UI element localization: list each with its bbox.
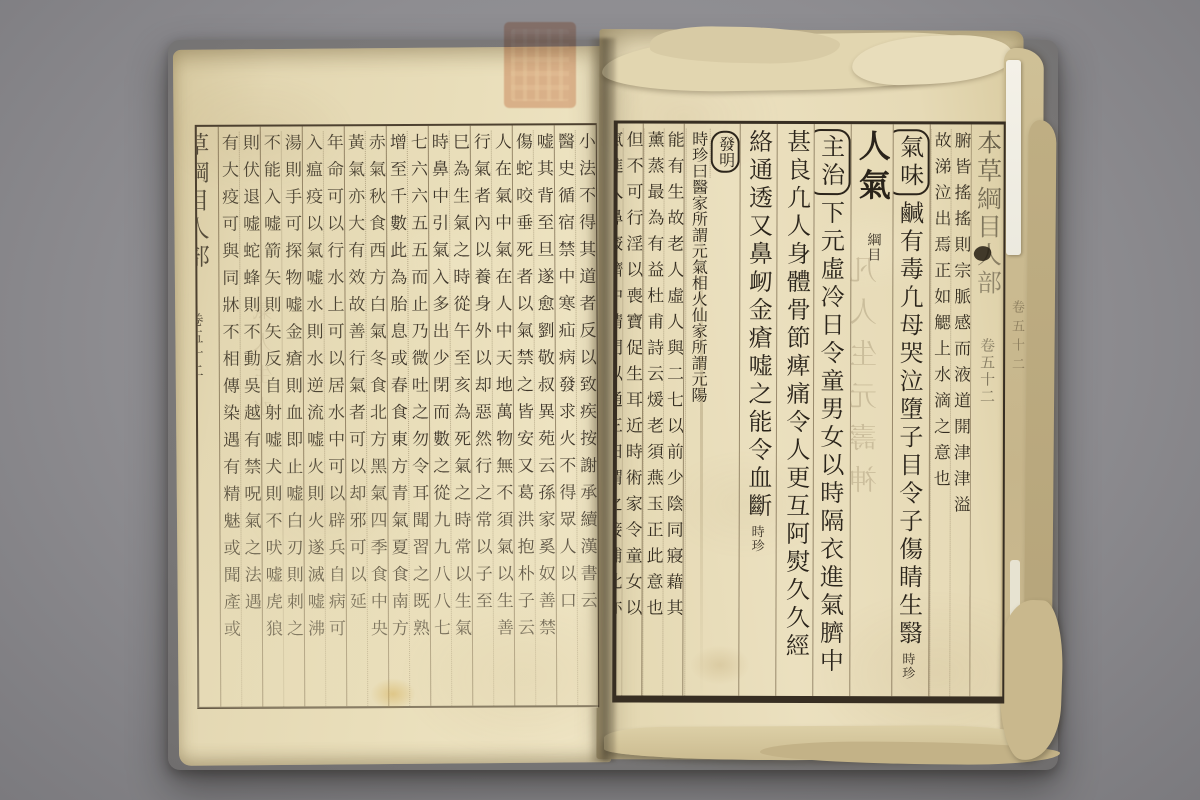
- entry-source: 綱目: [862, 232, 882, 262]
- sub-column: 行氣者內以養身外以却惡然行之常以子至: [470, 131, 494, 706]
- annotation-column: 七六六五五而止乃微吐之勿令耳聞習之既熟 增至千數此為胎息或春食東方青氣夏食南方: [386, 126, 431, 706]
- sub-column: 有大疫可與同牀不相傳染遇有精魅或聞產或: [218, 132, 242, 707]
- annotation-column: 小法不得其道者反以致疾按謝承續漢書云 醫史循宿禁中寒疝病發求火不得眾人以口: [554, 125, 599, 705]
- section-marker-qiwei: 氣味: [891, 129, 929, 195]
- sub-column: 湯則手可探物嘘金瘡則血即止嘘白刃則刺之: [281, 131, 305, 706]
- sub-column: 七六六五五而止乃微吐之勿令耳聞習之既熟: [407, 131, 431, 706]
- text-column: 絡通透又鼻衂金瘡嘘之能令血斷時珍: [738, 124, 776, 696]
- sub-column: 時珍曰醫家所謂元氣相火仙家所謂元陽: [684, 129, 709, 696]
- paper-slip: [1006, 60, 1021, 255]
- zhuzhi-column: 主治下元虛冷日令童男女以時隔衣進氣臍中: [812, 124, 850, 696]
- sub-column: 能有生故老人虛人與二七以前少陰同寢藉其: [662, 129, 683, 696]
- annotation-column: 則伏退嘘蛇蜂則不動吳越有禁呪氣之法遇 有大疫可與同牀不相傳染遇有精魅或聞產或: [218, 127, 263, 707]
- age-stain: [690, 645, 750, 685]
- book-photograph: 卷五十二 本草綱目人部 卷五十二 腑皆搖搖則宗脈感而液道開津津溢 故涕泣出焉正如…: [0, 0, 1200, 800]
- fold-title-main: 草綱目人部: [197, 132, 208, 272]
- qiwei-column: 氣味鹹有毒凢母哭泣墮子目令子傷睛生翳時珍: [891, 124, 929, 696]
- sub-column: 入瘟疫以氣嘘水則水逆流嘘火則火遂滅嘘沸: [302, 131, 326, 706]
- right-page-columns: 本草綱目人部 卷五十二 腑皆搖搖則宗脈感而液道開津津溢 故涕泣出焉正如䚡上水滴之…: [616, 123, 1003, 696]
- book-title-text: 本草綱目人部: [973, 129, 1000, 297]
- attribution-shizhen: 時珍: [891, 652, 926, 680]
- column-text: 鹹有毒凢母哭泣墮子目令子傷睛生翳: [894, 200, 921, 648]
- text-column: 甚良凢人身體骨節痺痛令人更互阿熨久久經: [775, 124, 813, 696]
- column-text: 下元虛冷日令童男女以時隔衣進氣臍中: [815, 200, 842, 676]
- sub-column: 醫史循宿禁中寒疝病發求火不得眾人以口: [554, 130, 578, 705]
- annotation-column: 人在氣中氣在人中天地萬物無不須氣以生善 行氣者內以養身外以却惡然行之常以子至: [470, 125, 515, 705]
- section-marker-zhuzhi: 主治: [812, 129, 850, 195]
- fold-edge-title-column: 草綱目人部 卷五十二: [197, 127, 221, 707]
- section-marker-faming: 發明: [711, 131, 740, 173]
- sub-column: 傷蛇咬垂死者以氣禁之皆安又葛洪抱朴子云: [512, 130, 536, 705]
- attribution-shizhen: 時珍: [739, 525, 776, 553]
- fold-title-text: 草綱目人部 卷五十二: [197, 132, 208, 380]
- section-marker-wrap: 發明: [710, 129, 740, 178]
- sub-column: 赤氣秋食西方白氣冬食北方黑氣四季食中央: [365, 131, 389, 706]
- faming-column: 發明 時珍曰醫家所謂元氣相火仙家所謂元陽 真火一也天非此火不能生物人非此火不: [682, 124, 739, 696]
- entry-name: 人氣: [855, 129, 891, 207]
- annotation-column: 腑皆搖搖則宗脈感而液道開津津溢 故涕泣出焉正如䚡上水滴之意也: [928, 124, 970, 696]
- sub-column: 則伏退嘘蛇蜂則不動吳越有禁呪氣之法遇: [239, 132, 263, 707]
- sub-column: 但不可行淫以喪寶促生耳近時術家令童女以: [621, 129, 642, 696]
- sub-column: 人在氣中氣在人中天地萬物無不須氣以生善: [491, 130, 515, 705]
- age-stain: [370, 678, 416, 710]
- collection-stamp-seal: [504, 22, 576, 108]
- juan-number: 卷五十二: [969, 337, 1002, 405]
- sub-column: 故涕泣出焉正如䚡上水滴之意也: [929, 129, 950, 696]
- sub-column: 薰蒸最為有益杜甫詩云煖老須燕玉正此意也: [642, 129, 663, 696]
- fold-title-juan: 卷五十二: [197, 312, 208, 380]
- column-text: 甚良凢人身體骨節痺痛令人更互阿熨久久經: [781, 129, 808, 661]
- annotation-column: 能有生故老人虛人與二七以前少陰同寢藉其 薰蒸最為有益杜甫詩云煖老須燕玉正此意也: [641, 124, 683, 696]
- annotation-column: 嘘其背至旦遂愈劉敬叔異苑云孫家奚奴善禁 傷蛇咬垂死者以氣禁之皆安又葛洪抱朴子云: [512, 125, 557, 705]
- sub-column: 腑皆搖搖則宗脈感而液道開津津溢: [949, 129, 970, 696]
- sub-column: 嘘其背至旦遂愈劉敬叔異苑云孫家奚奴善禁: [533, 130, 557, 705]
- sub-column: 年命可以行水上可以居水中可以辟兵自病可: [323, 131, 347, 706]
- left-page-columns: 小法不得其道者反以致疾按謝承續漢書云 醫史循宿禁中寒疝病發求火不得眾人以口 嘘其…: [197, 125, 599, 707]
- annotation-column: 巳為生氣之時從午至亥為死氣之時常以生氣 時鼻中引氣入多出少閉而數之從九九八八七: [428, 126, 473, 706]
- annotation-column: 年命可以行水上可以居水中可以辟兵自病可 入瘟疫以氣嘘水則水逆流嘘火則火遂滅嘘沸: [302, 126, 347, 706]
- sub-column: 黃氣亦大有效故善行氣者可以却邪可以延: [344, 131, 368, 706]
- right-page-text-frame: 本草綱目人部 卷五十二 腑皆搖搖則宗脈感而液道開津津溢 故涕泣出焉正如䚡上水滴之…: [612, 120, 1006, 703]
- sub-column: 小法不得其道者反以致疾按謝承續漢書云: [575, 130, 599, 705]
- sub-column: 巳為生氣之時從午至亥為死氣之時常以生氣: [449, 131, 473, 706]
- annotation-column: 赤氣秋食西方白氣冬食北方黑氣四季食中央 黃氣亦大有效故善行氣者可以却邪可以延: [344, 126, 389, 706]
- page-crease: [700, 128, 703, 698]
- annotation-column: 但不可行淫以喪寶促生耳近時術家令童女以 氣進入鼻竅臍中精門以通三田謂之接補此亦: [616, 123, 642, 695]
- column-text: 絡通透又鼻衂金瘡嘘之能令血斷: [744, 129, 771, 521]
- annotation-column: 湯則手可探物嘘金瘡則血即止嘘白刃則刺之 不能入嘘箭矢則矢反自射嘘犬則不吠嘘虎狼: [260, 126, 305, 706]
- sub-column: 不能入嘘箭矢則矢反自射嘘犬則不吠嘘虎狼: [260, 132, 284, 707]
- left-page-text-frame: 小法不得其道者反以致疾按謝承續漢書云 醫史循宿禁中寒疝病發求火不得眾人以口 嘘其…: [195, 123, 600, 709]
- sub-column: 時鼻中引氣入多出少閉而數之從九九八八七: [428, 131, 452, 706]
- entry-header-renqi: 人氣 綱目: [849, 124, 892, 696]
- sub-column: 增至千數此為胎息或春食東方青氣夏食南方: [386, 131, 410, 706]
- volume-title-column: 本草綱目人部 卷五十二: [969, 124, 1003, 696]
